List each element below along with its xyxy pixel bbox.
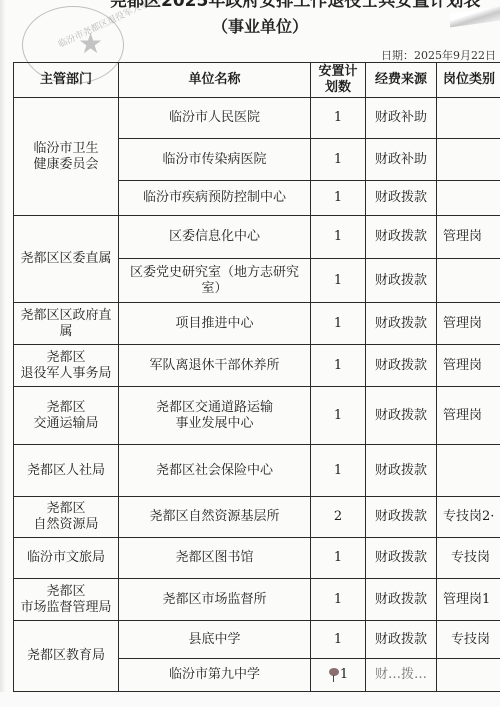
funding-cell: 财政拨款 (366, 497, 437, 538)
department-cell: 尧都区 市场监督管理局 (14, 579, 119, 621)
header-post-type: 岗位类别 (437, 63, 500, 98)
quota-cell: 1 (311, 659, 366, 692)
department-line: 健康委员会 (33, 157, 98, 172)
funding-cell: 财…拨… (366, 659, 437, 692)
funding-cell: 财政拨款 (366, 445, 437, 497)
funding-cell: 财政拨款 (366, 303, 437, 345)
unit-cell: 县底中学 (119, 621, 311, 659)
department-line: 尧都区 (46, 350, 85, 365)
funding-cell: 财政拨款 (366, 345, 437, 387)
department-cell: 尧都区 交通运输局 (14, 387, 119, 445)
table-row: 尧都区人社局 尧都区社会保险中心 1 财政拨款 (14, 445, 500, 497)
header-quota-line2: 划数 (325, 80, 351, 95)
header-row: 主管部门 单位名称 安置计 划数 经费来源 岗位类别 (14, 63, 500, 98)
funding-cell: 财政拨款 (366, 579, 437, 621)
table-row: 尧都区 自然资源局 尧都区自然资源基层所 2 财政拨款 专技岗2· (14, 497, 500, 538)
department-line: 临汾市卫生 (33, 141, 98, 156)
funding-cell: 财政拨款 (366, 621, 437, 659)
department-line: 尧都区 (46, 584, 85, 599)
unit-cell: 尧都区交通道路运输 事业发展中心 (119, 387, 311, 445)
post-type-cell (437, 445, 500, 497)
unit-cell: 区委信息化中心 (119, 216, 311, 259)
department-cell: 尧都区 自然资源局 (14, 497, 119, 538)
department-cell: 尧都区人社局 (14, 445, 119, 497)
funding-cell: 财政拨款 (366, 259, 437, 303)
funding-cell: 财政补助 (366, 139, 437, 181)
table-row: 尧都区教育局 县底中学 1 财政拨款 专技岗 (14, 621, 500, 659)
quota-cell: 1 (311, 445, 366, 497)
star-icon: ★ (78, 27, 103, 60)
post-type-cell: 专技岗2· (437, 497, 500, 538)
quota-cell: 1 (311, 303, 366, 345)
unit-cell: 军队离退休干部休养所 (119, 345, 311, 387)
post-type-cell (437, 181, 500, 216)
header-quota: 安置计 划数 (311, 63, 366, 98)
table-row: 临汾市卫生 健康委员会 临汾市人民医院 1 财政补助 (14, 98, 500, 139)
ink-mark-icon (328, 668, 340, 682)
unit-cell: 项目推进中心 (119, 303, 311, 345)
post-type-cell (437, 259, 500, 303)
unit-line: 尧都区交通道路运输 (156, 400, 273, 415)
department-line: 市场监督管理局 (20, 600, 111, 615)
department-cell: 尧都区区委直属 (14, 216, 119, 303)
page-edge-shadow (0, 0, 6, 707)
quota-value: 1 (340, 667, 348, 682)
post-type-cell: 管理岗1 (437, 579, 500, 621)
quota-cell: 1 (311, 345, 366, 387)
unit-cell: 临汾市第九中学 (119, 659, 311, 692)
quota-cell: 2 (311, 497, 366, 538)
table-row: 尧都区区委直属 区委信息化中心 1 财政拨款 管理岗 (14, 216, 500, 259)
department-cell: 尧都区 退役军人事务局 (14, 345, 119, 387)
header-unit: 单位名称 (119, 63, 311, 98)
table-row: 尧都区 退役军人事务局 军队离退休干部休养所 1 财政拨款 管理岗 (14, 345, 500, 387)
unit-cell: 临汾市人民医院 (119, 98, 311, 139)
quota-cell: 1 (311, 621, 366, 659)
post-type-cell: 管理岗 (437, 345, 500, 387)
department-line: 交通运输局 (33, 416, 98, 431)
department-cell: 尧都区区政府直属 (14, 303, 119, 345)
quota-cell: 1 (311, 98, 366, 139)
funding-cell: 财政拨款 (366, 387, 437, 445)
unit-cell: 尧都区市场监督所 (119, 579, 311, 621)
funding-cell: 财政拨款 (366, 538, 437, 579)
funding-cell: 财政拨款 (366, 181, 437, 216)
page-bottom-margin (0, 692, 500, 707)
department-line: 退役军人事务局 (20, 366, 111, 381)
quota-cell: 1 (311, 387, 366, 445)
date-label: 日期： (381, 49, 414, 62)
unit-cell: 尧都区自然资源基层所 (119, 497, 311, 538)
post-type-cell: 专技岗 (437, 621, 500, 659)
quota-cell: 1 (311, 139, 366, 181)
date-value: 2025年9月22日 (414, 49, 496, 62)
department-line: 自然资源局 (33, 517, 98, 532)
unit-cell: 临汾市疾病预防控制中心 (119, 181, 311, 216)
quota-cell: 1 (311, 181, 366, 216)
funding-cell: 财政补助 (366, 98, 437, 139)
unit-cell: 尧都区图书馆 (119, 538, 311, 579)
quota-cell: 1 (311, 216, 366, 259)
document-subtitle: （事业单位） (212, 14, 308, 37)
unit-cell: 尧都区社会保险中心 (119, 445, 311, 497)
funding-cell: 财政拨款 (366, 216, 437, 259)
post-type-cell (437, 98, 500, 139)
department-cell: 临汾市卫生 健康委员会 (14, 98, 119, 216)
header-quota-line1: 安置计 (318, 64, 357, 79)
post-type-cell: 管理岗 (437, 387, 500, 445)
department-line: 尧都区 (46, 501, 85, 516)
table-row: 尧都区 交通运输局 尧都区交通道路运输 事业发展中心 1 财政拨款 管理岗 (14, 387, 500, 445)
post-type-cell (437, 139, 500, 181)
date-line: 日期：2025年9月22日 (381, 47, 496, 63)
post-type-cell (437, 659, 500, 692)
table-row: 临汾市文旅局 尧都区图书馆 1 财政拨款 专技岗 (14, 538, 500, 579)
document-title: 尧都区2025年政府安排工作退役士兵安置计划表 (110, 0, 500, 11)
quota-cell: 1 (311, 259, 366, 303)
department-cell: 尧都区教育局 (14, 621, 119, 692)
header-department: 主管部门 (14, 63, 119, 98)
quota-cell: 1 (311, 579, 366, 621)
department-line: 尧都区 (46, 400, 85, 415)
department-cell: 临汾市文旅局 (14, 538, 119, 579)
quota-cell: 1 (311, 538, 366, 579)
unit-cell: 区委党史研究室（地方志研究室） (119, 259, 311, 303)
table-row: 尧都区 市场监督管理局 尧都区市场监督所 1 财政拨款 管理岗1 (14, 579, 500, 621)
unit-line: 事业发展中心 (175, 416, 253, 431)
post-type-cell: 专技岗 (437, 538, 500, 579)
placement-table: 主管部门 单位名称 安置计 划数 经费来源 岗位类别 临汾市卫生 健康委员会 临… (13, 62, 500, 692)
post-type-cell: 管理岗 (437, 216, 500, 259)
post-type-cell: 管理岗 (437, 303, 500, 345)
table-row: 尧都区区政府直属 项目推进中心 1 财政拨款 管理岗 (14, 303, 500, 345)
unit-cell: 临汾市传染病医院 (119, 139, 311, 181)
header-funding: 经费来源 (366, 63, 437, 98)
